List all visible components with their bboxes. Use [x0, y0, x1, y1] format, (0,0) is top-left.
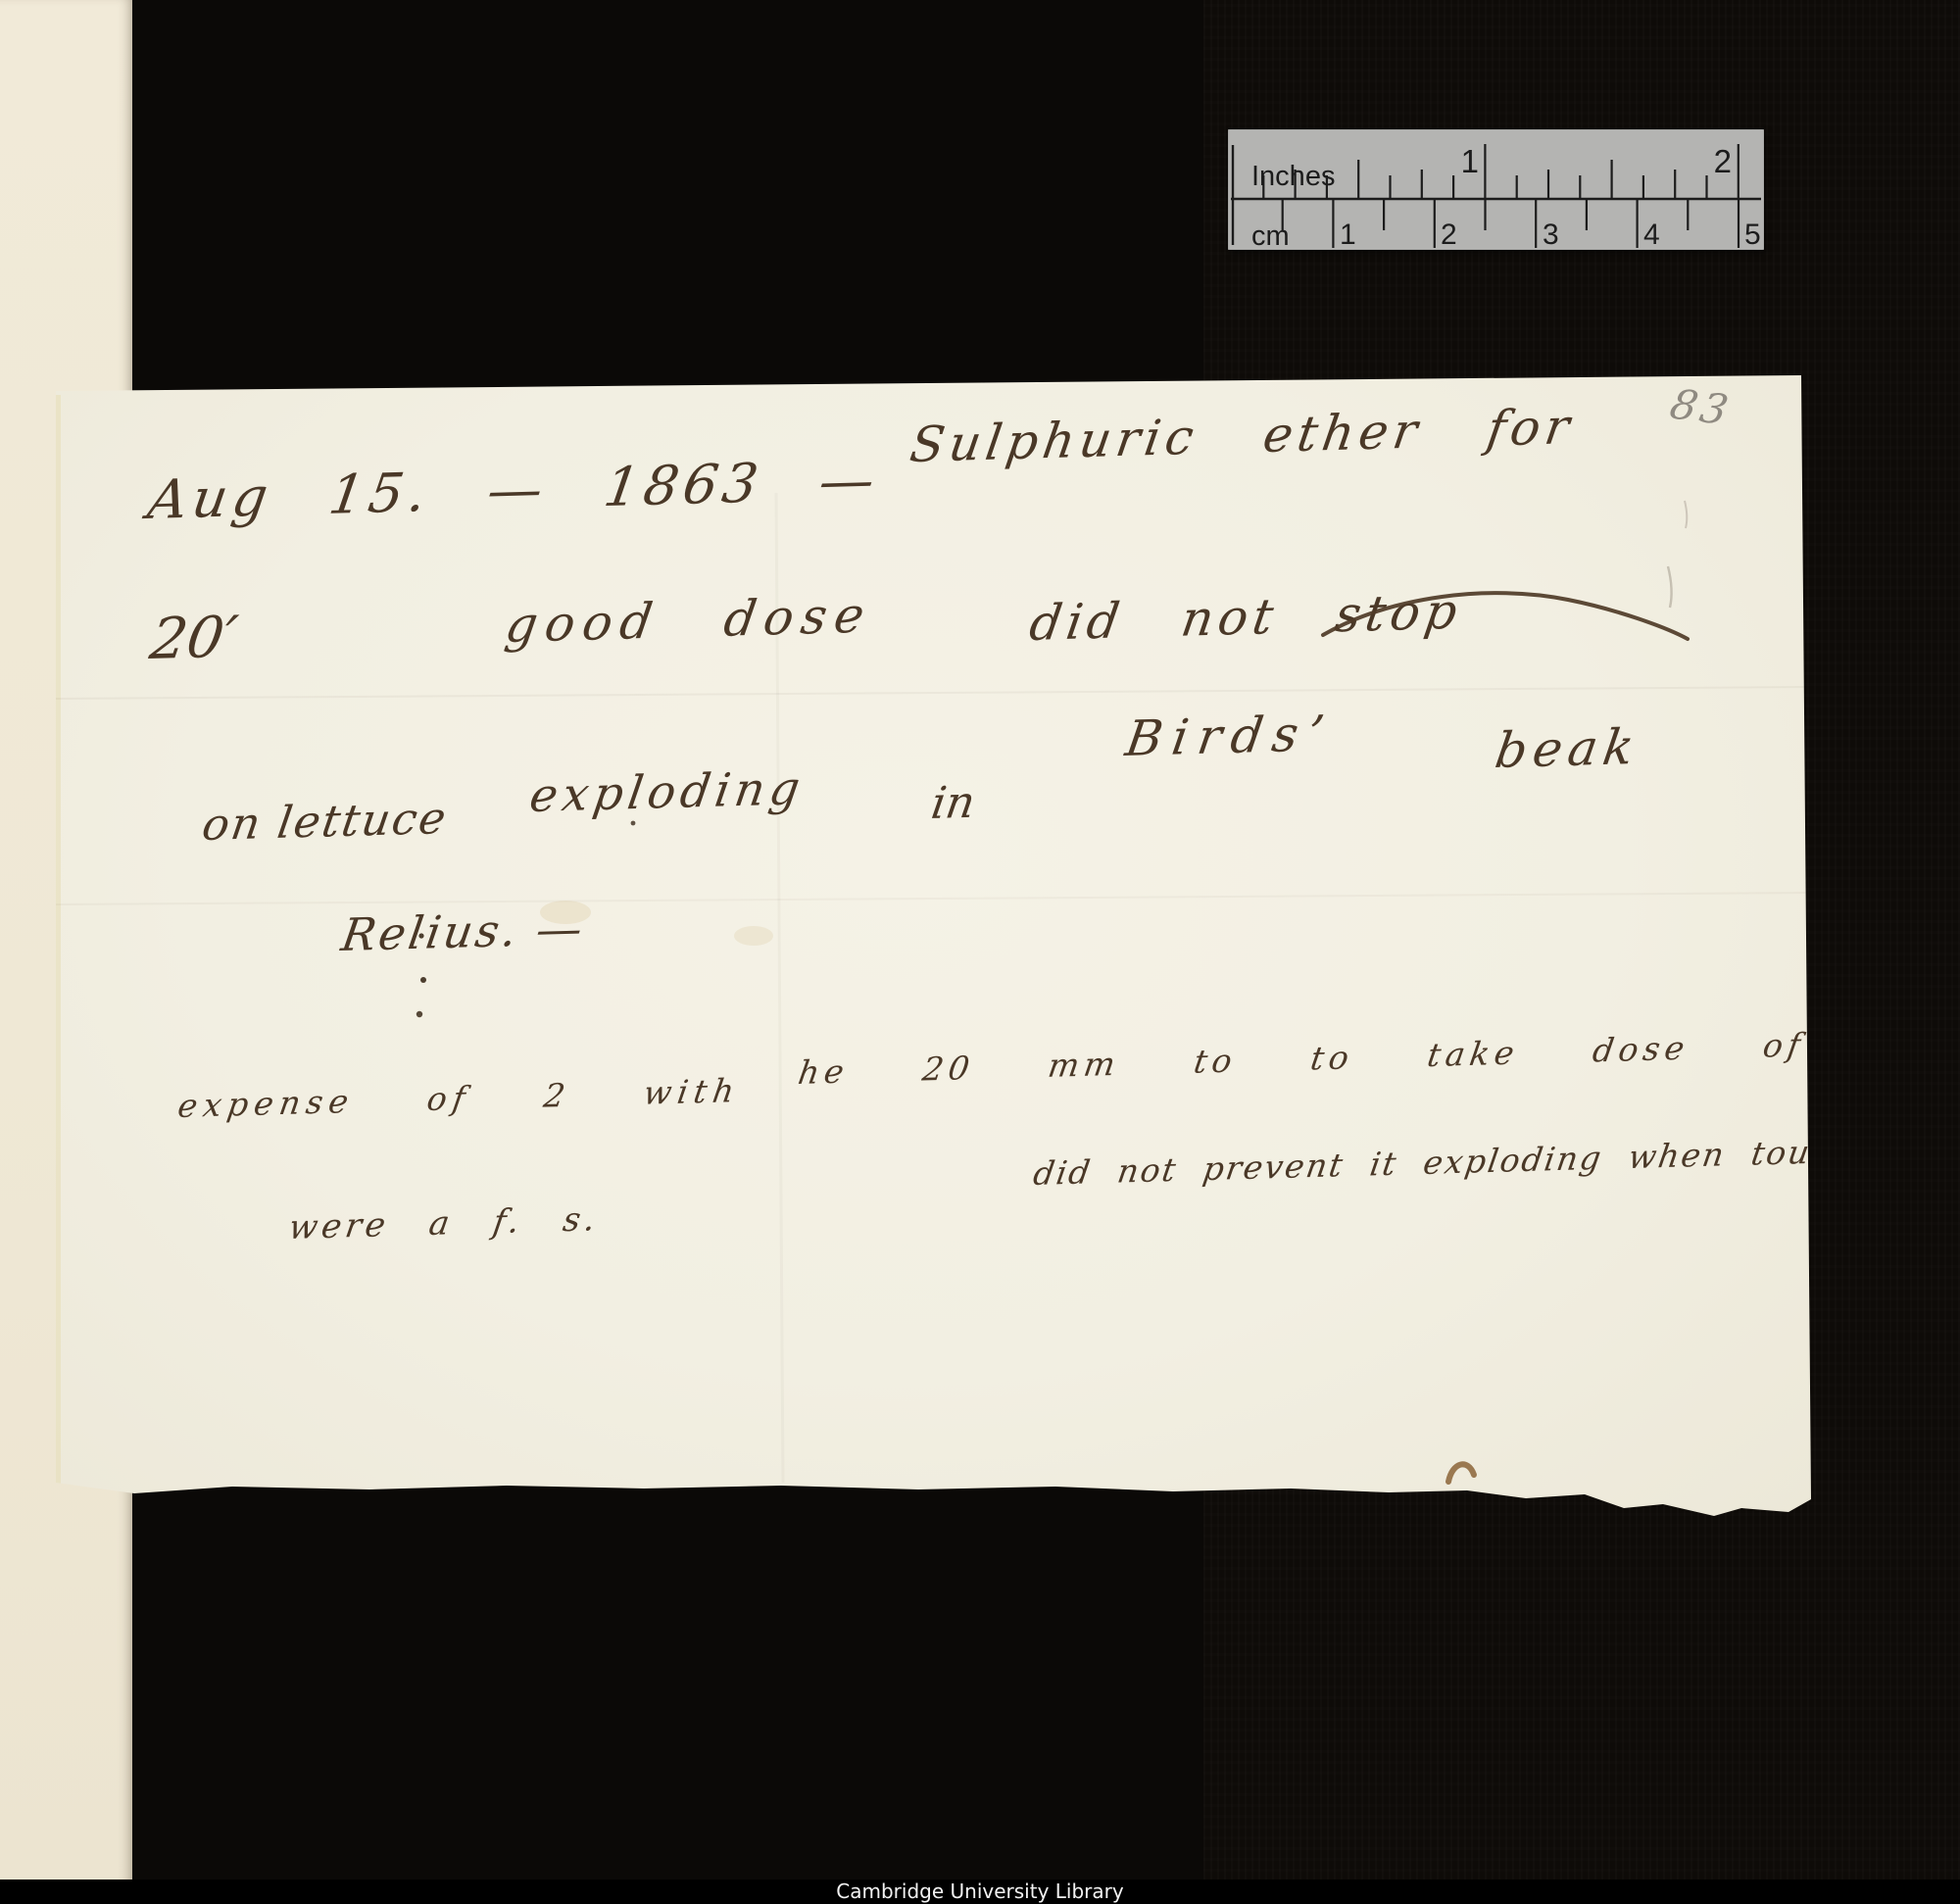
ink-dot [631, 821, 636, 826]
handwriting-date: Aug 15. — 1863 — [144, 448, 884, 531]
cm-number-2: 2 [1441, 219, 1457, 250]
handwriting-line3-a: on lettuce [199, 792, 451, 851]
cm-number-3: 3 [1543, 219, 1559, 250]
scale-ruler: Inches cm 1 2 1 2 3 4 5 [1228, 129, 1764, 250]
handwriting-line2-right: did not stop [1026, 583, 1466, 652]
manuscript-paper: Aug 15. — 1863 — Sulphuric ether for 20′… [56, 375, 1813, 1519]
inch-number-2: 2 [1714, 143, 1732, 179]
handwriting-duration: 20′ [146, 604, 241, 672]
handwriting-line5-a: expense of 2 with [175, 1071, 743, 1125]
ink-marks [56, 375, 1813, 1519]
handwriting-line3-b: exploding [526, 761, 808, 823]
cm-number-1: 1 [1340, 219, 1356, 250]
paper-fiber [1448, 1464, 1474, 1482]
ink-dot [416, 1011, 422, 1017]
ink-dot [420, 977, 426, 983]
pencil-scratch [1668, 566, 1672, 608]
handwriting-line6-b: did not prevent it exploding when touche… [1031, 1130, 1913, 1193]
handwriting-line5-b: he 20 mm to to take dose of it [796, 1022, 1915, 1092]
handwriting-line3-e: beak [1492, 718, 1643, 779]
handwriting-line2-mid: good dose [502, 587, 876, 654]
paper-texture [56, 375, 1813, 1519]
inch-number-1: 1 [1461, 143, 1479, 179]
handwriting-line3-c: in [928, 776, 978, 829]
cm-number-4: 4 [1643, 219, 1660, 250]
caption-band: Cambridge University Library [0, 1880, 1960, 1904]
cm-number-5: 5 [1744, 219, 1761, 250]
ruler-inches-label: Inches [1251, 161, 1335, 192]
handwriting-line4: Relius. — [338, 902, 589, 961]
ruler-cm-label: cm [1251, 220, 1290, 250]
ruler-graphic: Inches cm 1 2 1 2 3 4 5 [1228, 129, 1764, 250]
caption-text: Cambridge University Library [836, 1880, 1123, 1904]
handwriting-line6-a: were a f. s. [286, 1199, 602, 1247]
handwriting-line1-right: Sulphuric ether for [906, 398, 1578, 473]
photographed-manuscript-scene: Aug 15. — 1863 — Sulphuric ether for 20′… [0, 0, 1960, 1904]
folio-number: 83 [1666, 380, 1737, 434]
handwriting-line3-d: Birds’ [1122, 705, 1338, 767]
pencil-scratch [1685, 501, 1687, 528]
